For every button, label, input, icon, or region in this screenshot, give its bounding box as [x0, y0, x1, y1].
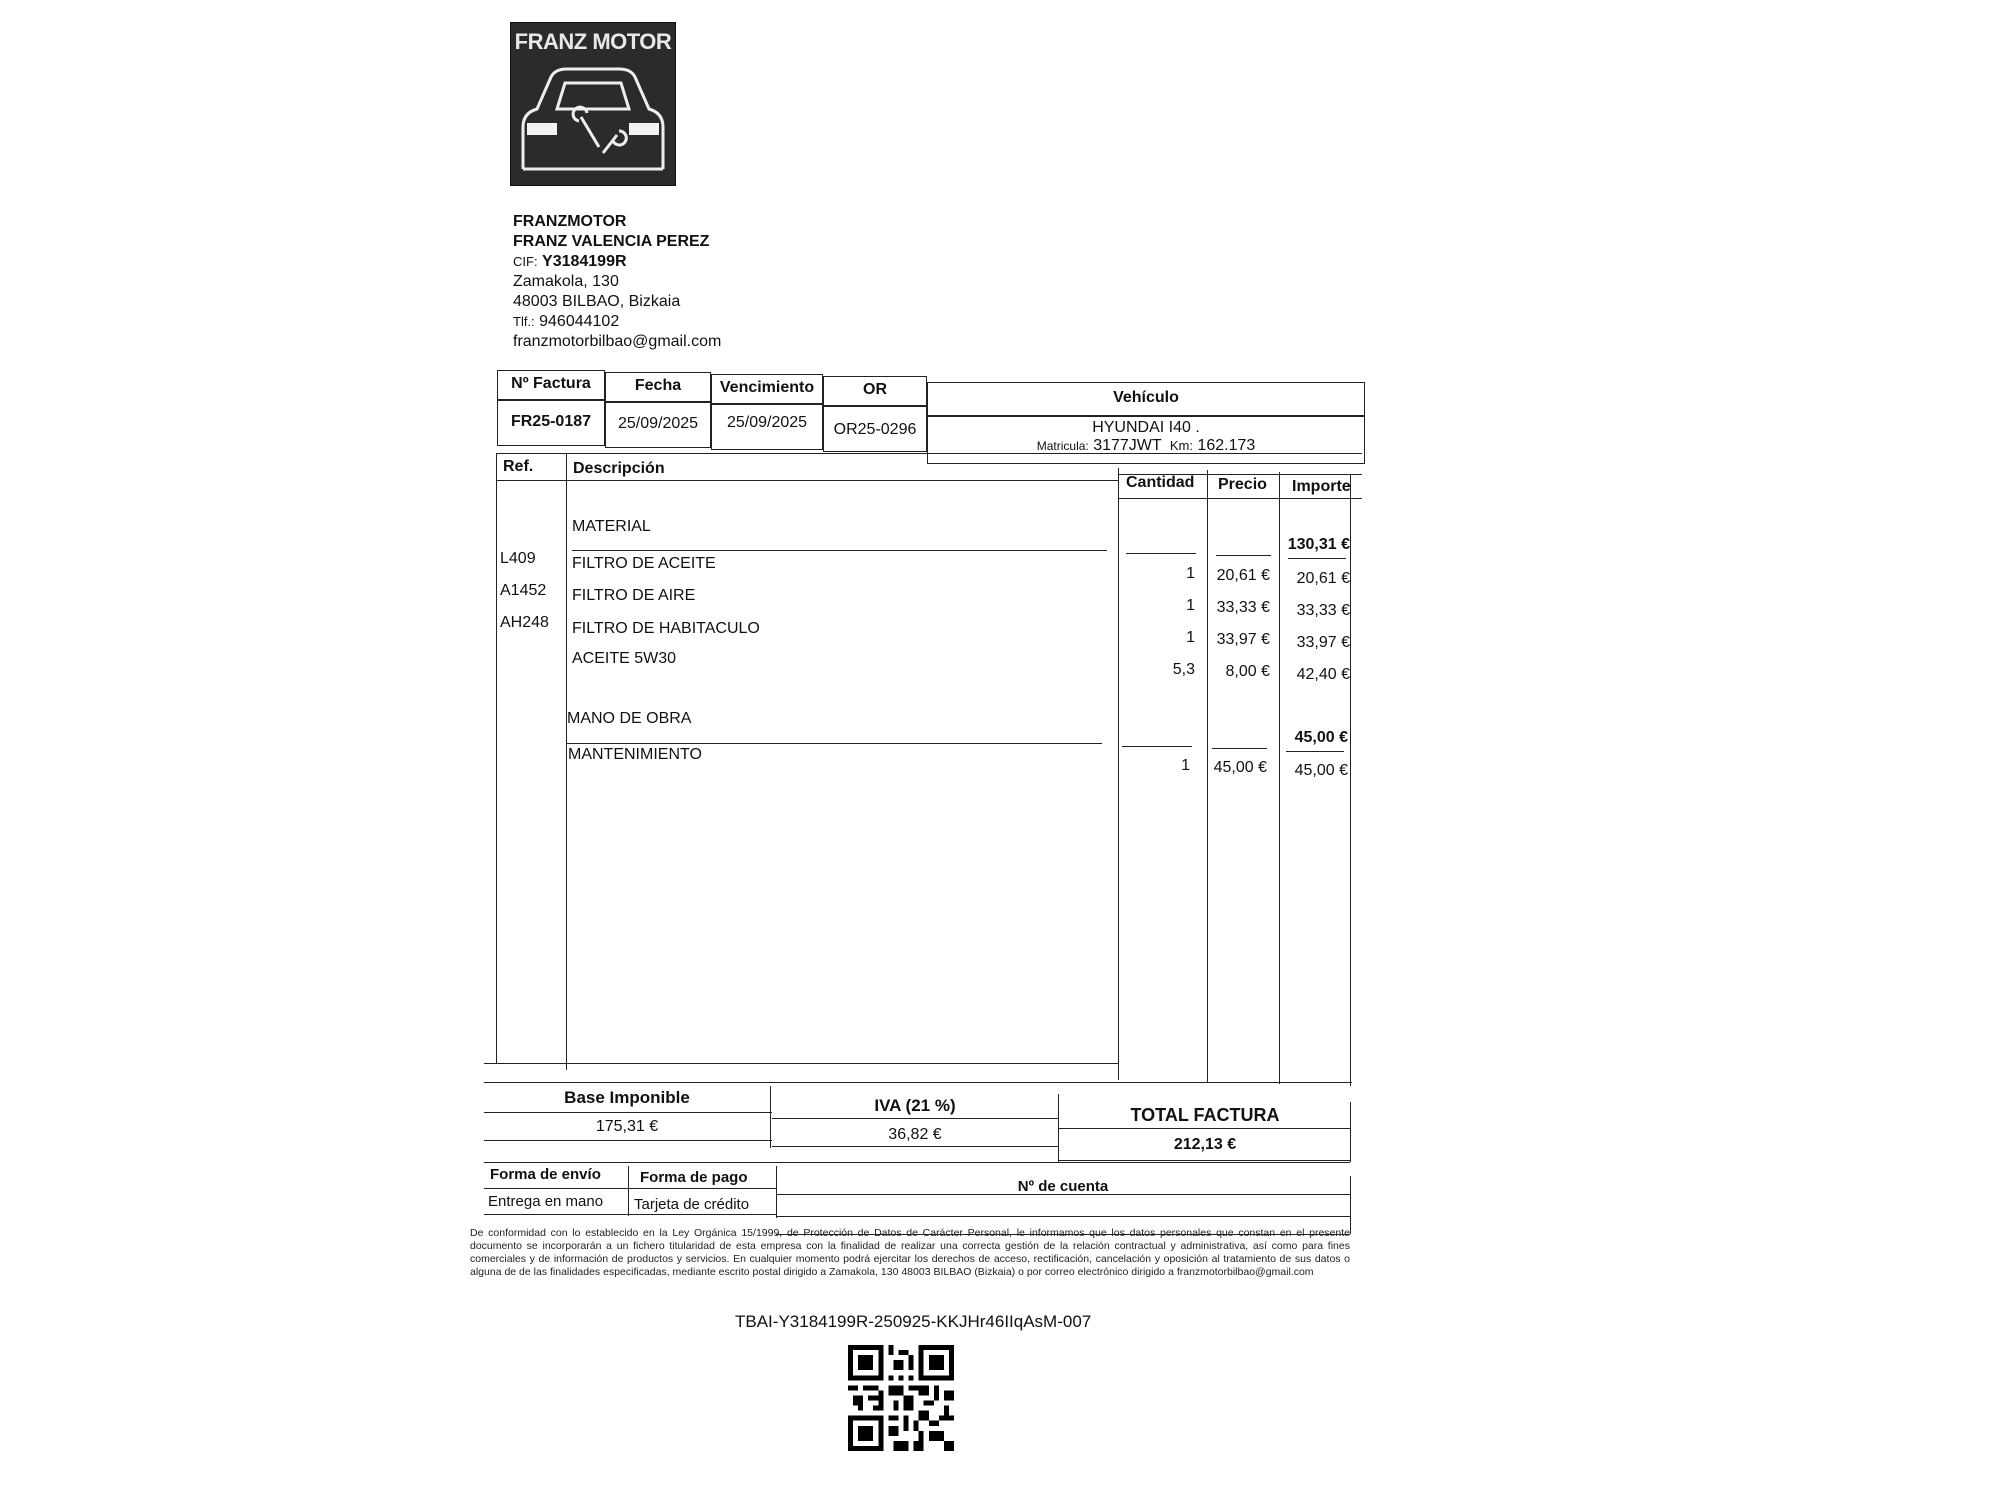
base-value: 175,31 €	[484, 1118, 770, 1136]
shipping-value: Entrega en mano	[488, 1193, 603, 1210]
km-value: 162.173	[1197, 437, 1255, 454]
phone-value: 946044102	[539, 313, 619, 330]
ticketbai-code: TBAI-Y3184199R-250925-KKJHr46IIqAsM-007	[735, 1312, 1091, 1332]
item-description: ACEITE 5W30	[572, 650, 676, 668]
item-quantity: 1	[1120, 565, 1195, 583]
section-title-labor: MANO DE OBRA	[567, 710, 691, 728]
base-label: Base Imponible	[484, 1088, 770, 1108]
item-description: FILTRO DE HABITACULO	[572, 620, 760, 638]
item-description: FILTRO DE AIRE	[572, 587, 695, 605]
company-logo: FRANZ MOTOR	[510, 22, 676, 186]
item-amount: 42,40 €	[1280, 666, 1350, 684]
company-owner: FRANZ VALENCIA PEREZ	[513, 232, 721, 252]
header-due-date-label: Vencimiento	[711, 374, 823, 404]
plate-label: Matricula:	[1037, 439, 1089, 453]
qr-code-icon	[848, 1345, 954, 1451]
header-vehicle-label: Vehículo	[927, 382, 1365, 416]
item-ref: A1452	[500, 582, 546, 600]
invoice-date: 25/09/2025	[605, 402, 711, 448]
plate-value: 3177JWT	[1093, 437, 1161, 454]
item-price: 33,33 €	[1208, 599, 1270, 617]
total-value: 212,13 €	[1060, 1136, 1350, 1154]
vehicle-info: HYUNDAI I40 . Matricula: 3177JWT Km: 162…	[927, 416, 1365, 464]
vat-value: 36,82 €	[772, 1126, 1058, 1144]
company-trade-name: FRANZMOTOR	[513, 212, 721, 232]
item-price: 20,61 €	[1208, 567, 1270, 585]
item-quantity: 1	[1120, 629, 1195, 647]
account-label: Nº de cuenta	[776, 1178, 1350, 1195]
item-amount: 45,00 €	[1278, 762, 1348, 780]
item-description: FILTRO DE ACEITE	[572, 555, 716, 573]
col-quantity-header: Cantidad	[1126, 474, 1194, 492]
item-amount: 33,97 €	[1280, 634, 1350, 652]
header-invoice-number-label: Nº Factura	[497, 370, 605, 400]
header-date-label: Fecha	[605, 372, 711, 402]
item-quantity: 1	[1115, 757, 1190, 775]
item-quantity: 5,3	[1120, 661, 1195, 679]
item-description: MANTENIMIENTO	[568, 746, 702, 764]
payment-method-label: Forma de pago	[640, 1169, 748, 1186]
vehicle-model: HYUNDAI I40 .	[928, 419, 1364, 437]
or-number: OR25-0296	[823, 406, 927, 452]
item-ref: AH248	[500, 614, 549, 632]
header-or-label: OR	[823, 376, 927, 406]
logo-brand-text: FRANZ MOTOR	[511, 29, 675, 55]
item-amount: 20,61 €	[1280, 570, 1350, 588]
km-label: Km:	[1170, 438, 1193, 453]
company-info: FRANZMOTOR FRANZ VALENCIA PEREZ CIF: Y31…	[513, 212, 721, 352]
shipping-label: Forma de envío	[490, 1166, 601, 1183]
invoice-number: FR25-0187	[497, 400, 605, 446]
car-wrench-icon	[511, 57, 675, 185]
item-quantity: 1	[1120, 597, 1195, 615]
col-description-header: Descripción	[573, 460, 665, 478]
invoice-due-date: 25/09/2025	[711, 404, 823, 450]
item-price: 8,00 €	[1208, 663, 1270, 681]
col-amount-header: Importe	[1292, 478, 1351, 496]
cif-label: CIF:	[513, 254, 538, 269]
payment-method-value: Tarjeta de crédito	[634, 1196, 749, 1213]
cif-value: Y3184199R	[542, 253, 627, 270]
vat-label: IVA (21 %)	[772, 1096, 1058, 1116]
legal-notice: De conformidad con lo establecido en la …	[470, 1227, 1350, 1279]
total-label: TOTAL FACTURA	[1060, 1105, 1350, 1126]
section-title-material: MATERIAL	[572, 518, 651, 536]
item-amount: 33,33 €	[1280, 602, 1350, 620]
item-price: 45,00 €	[1205, 759, 1267, 777]
col-price-header: Precio	[1218, 476, 1267, 494]
company-street: Zamakola, 130	[513, 272, 721, 292]
item-ref: L409	[500, 550, 536, 568]
item-price: 33,97 €	[1208, 631, 1270, 649]
phone-label: Tlf.:	[513, 314, 535, 329]
section-subtotal-labor: 45,00 €	[1278, 729, 1348, 747]
company-city: 48003 BILBAO, Bizkaia	[513, 292, 721, 312]
company-email: franzmotorbilbao@gmail.com	[513, 332, 721, 352]
section-subtotal-material: 130,31 €	[1280, 536, 1350, 554]
col-ref-header: Ref.	[503, 458, 533, 476]
